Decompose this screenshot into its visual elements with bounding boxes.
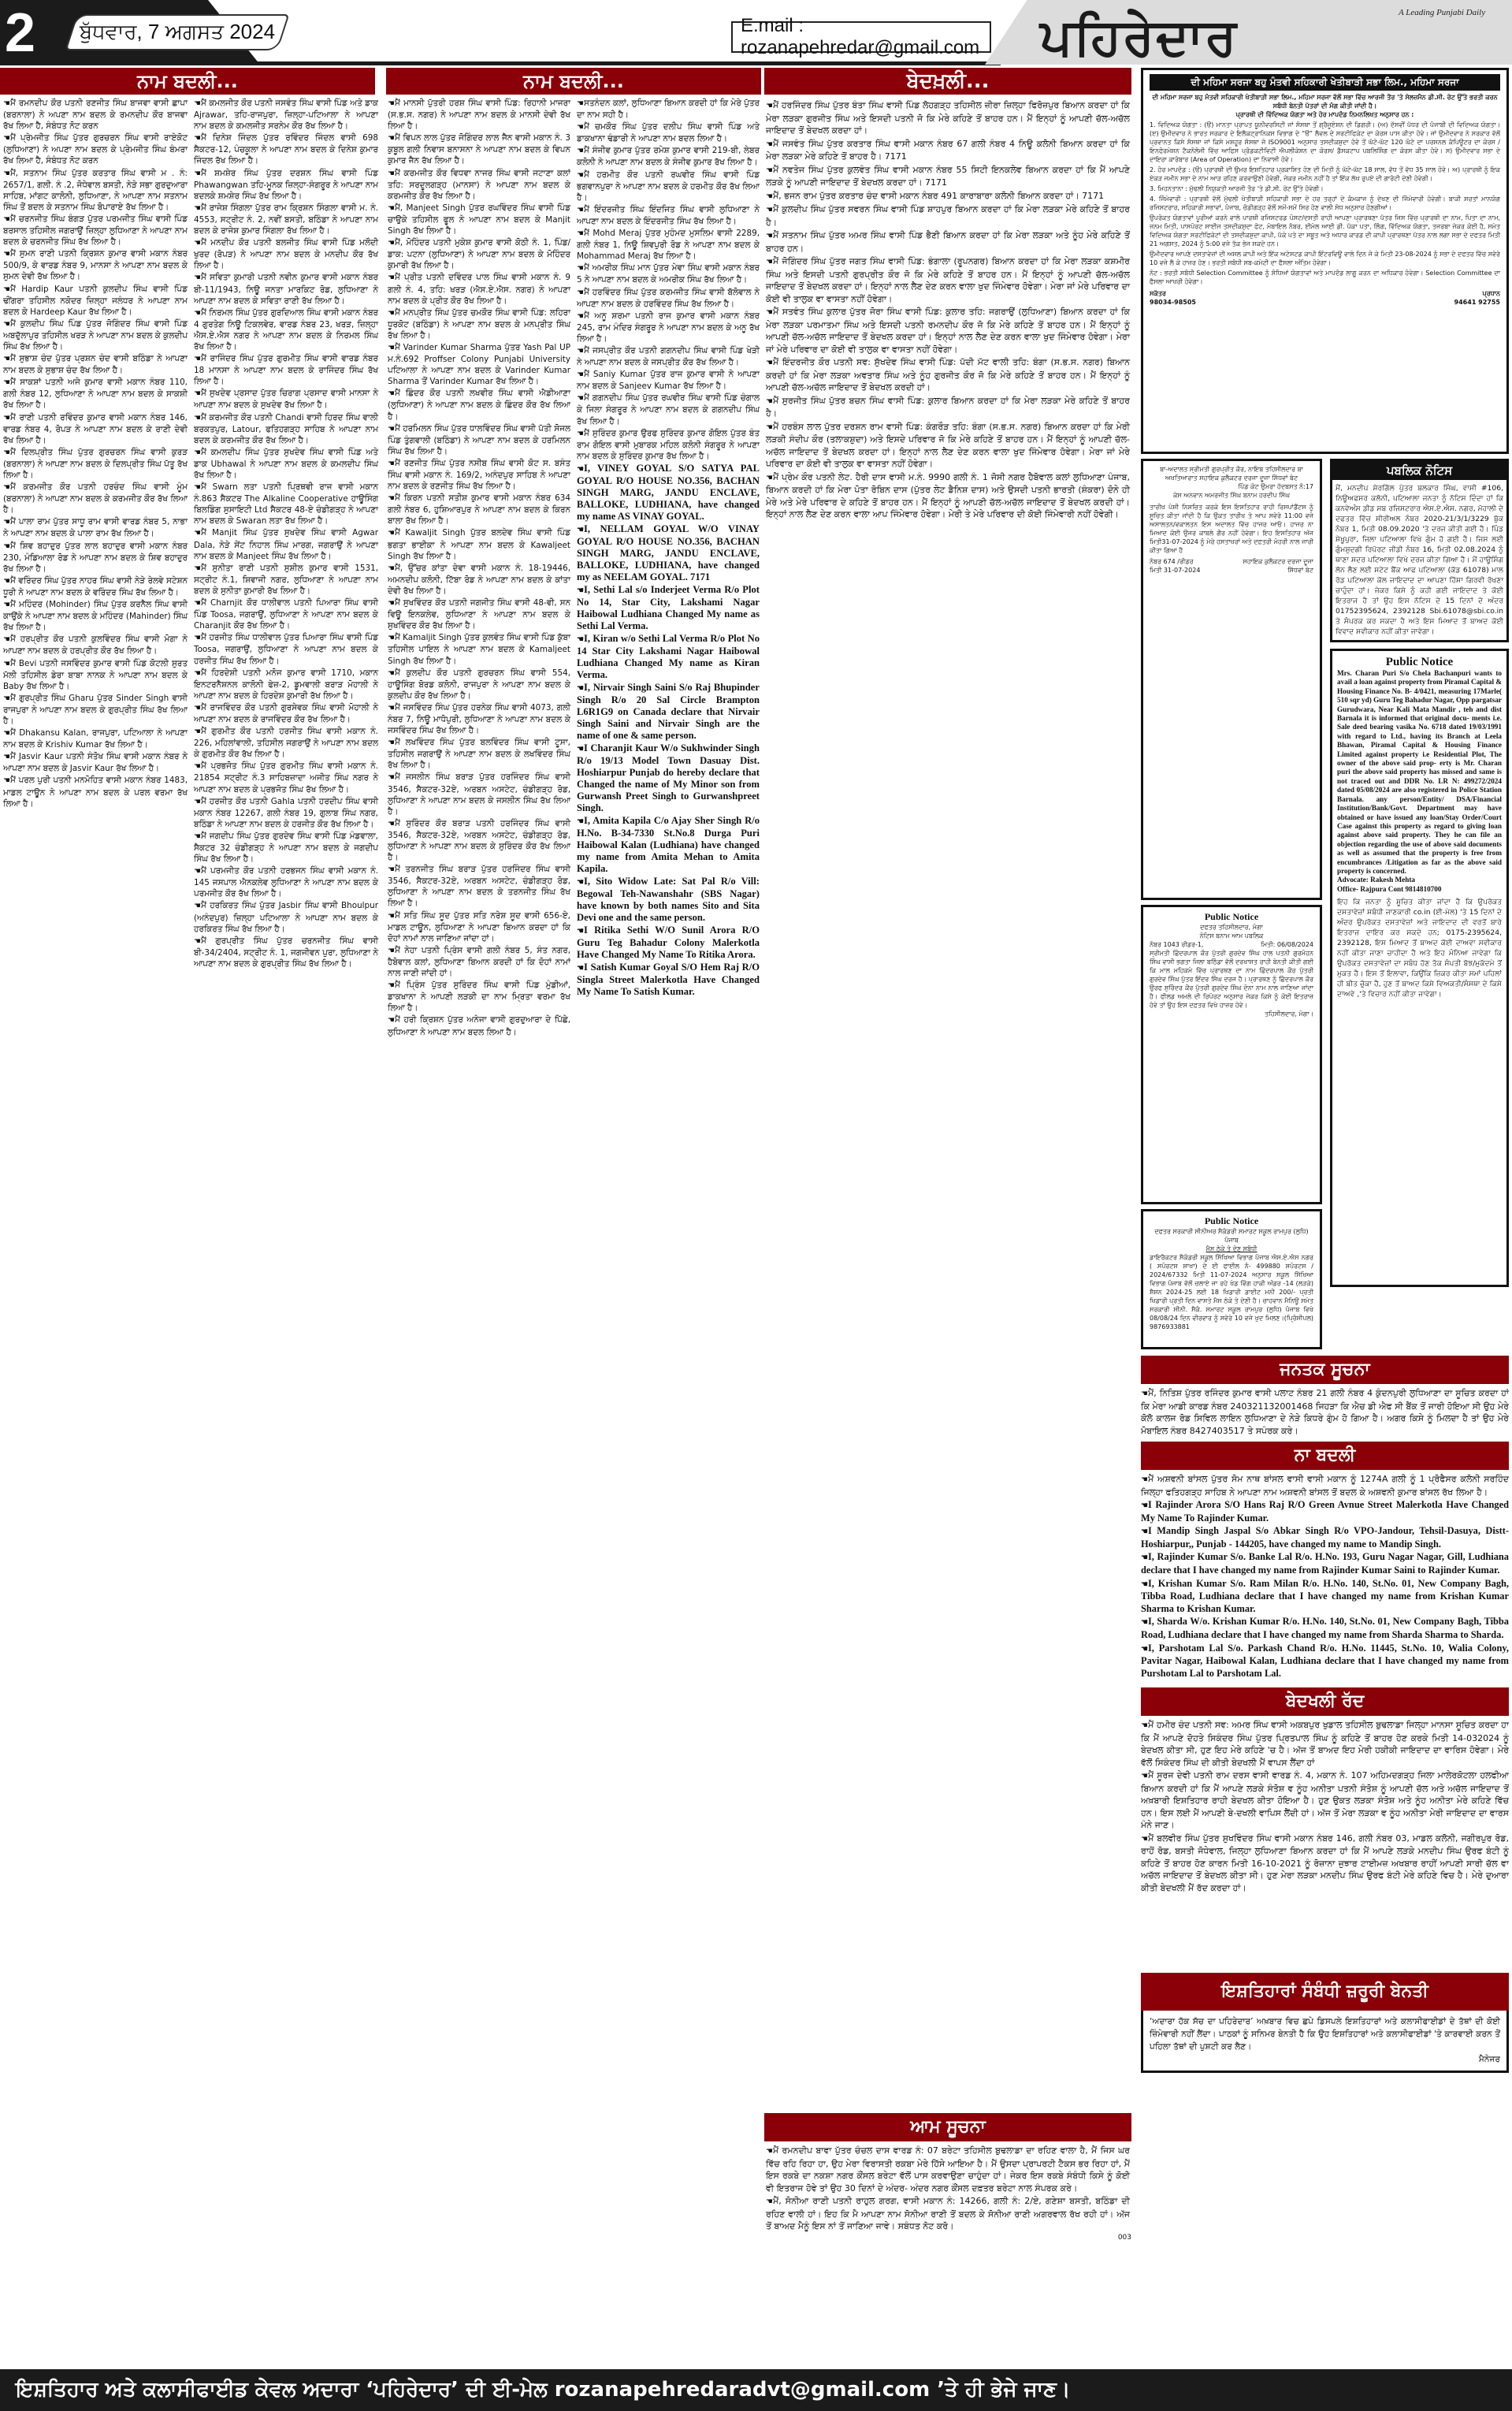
list-item: ਮੈਂ ਹਰਪ੍ਰੀਤ ਕੌਰ ਪਤਨੀ ਕੁਲਵਿੰਦਰ ਸਿੰਘ ਵਾਸੀ …	[3, 634, 188, 657]
list-item: ਮੈਂ, ਭਜਨ ਰਾਮ ਪੁੱਤਰ ਕਰਤਾਰ ਚੰਦ ਵਾਸੀ ਮਕਾਨ ਨ…	[766, 190, 1130, 203]
list-item: ਮੈਂ ਸੁਰਿੰਦਰ ਕੌਰ ਬਰਾੜ ਪਤਨੀ ਹਰਜਿੰਦਰ ਸਿੰਘ ਵ…	[388, 818, 570, 863]
list-item: ਮੈਂ ਕਰਮਜੀਤ ਕੌਰ ਪਤਨੀ ਹਰਚੰਦ ਸਿੰਘ ਵਾਸੀ ਮੂੰਮ…	[3, 482, 188, 515]
list-item: I, Kiran w/o Sethi Lal Verma R/o Plot No…	[577, 633, 760, 681]
recruitment-section: 3. ਮਿਹਨਤਾਨਾ : ਮੁੱਢਲੀ ਨਿਯੁਕਤੀ ਆਰਜੀ ਤੌਰ 'ਤ…	[1150, 184, 1500, 193]
list-item: ਮੈਂ ਜਸਲੀਨ ਸਿੰਘ ਬਰਾੜ ਪੁੱਤਰ ਹਰਜਿੰਦਰ ਸਿੰਘ ਵ…	[388, 772, 570, 817]
list-item: ਮੈਂ ਸੁਨੀਤਾ ਰਾਣੀ ਪਤਨੀ ਸੁਸ਼ੀਲ ਕੁਮਾਰ ਵਾਸੀ 1…	[194, 563, 378, 597]
na-badli-english-entries: I Rajinder Arora S/O Hans Raj R/O Green …	[1141, 1499, 1509, 1680]
school-public-notice: Public Notice ਦਫਤਰ ਸਰਕਾਰੀ ਸੀਨੀਅਰ ਸੈਕੰਡਰੀ…	[1141, 1209, 1322, 1349]
list-item: ਮੈਂ ਹਿਰਦੇਸ਼ੀ ਪਤਨੀ ਮਨੋਜ ਕੁਮਾਰ ਵਾਸੀ 1710, …	[194, 668, 378, 701]
list-item: ਮੈਂ Kawaljit Singh ਪੁੱਤਰ ਬਲਦੇਵ ਸਿੰਘ ਵਾਸੀ…	[388, 527, 570, 561]
court-case: ਕੇਸ ਅਨਵਾਨ ਅਮਰਜੀਤ ਸਿੰਘ ਬਨਾਮ ਹਰਦੀਪ ਸਿੰਘ	[1150, 491, 1313, 500]
list-item: ਮੈਂ ਅਨੂ ਸ਼ਰਮਾ ਪਤਨੀ ਰਾਜ ਕੁਮਾਰ ਵਾਸੀ ਮਕਾਨ ਨ…	[577, 311, 760, 344]
president-label: ਪ੍ਰਧਾਨ	[1454, 289, 1500, 298]
list-item: ਮੈਂ ਪਰਲ ਪੁਰੀ ਪਤਨੀ ਮਨਮੋਹਿਤ ਵਾਸੀ ਮਕਾਨ ਨੰਬਰ…	[3, 775, 188, 809]
court-notice: ਬਾ-ਅਦਾਲਤ ਸ੍ਰੀਮਤੀ ਗੁਰਪ੍ਰੀਤ ਕੌਰ, ਨਾਇਬ ਤਹਿਸ…	[1141, 459, 1322, 900]
recruitment-title: ਦੀ ਮਹਿਮਾ ਸਰਜਾ ਬਹੁ ਮੰਤਵੀ ਸਹਿਕਾਰੀ ਖੇਤੀਬਾੜੀ…	[1150, 74, 1500, 91]
court-number: ਨੰਬਰ 674 /ਰੀਡਰ	[1150, 557, 1194, 566]
list-item: ਮੈਂ ਦਿਲਪ੍ਰੀਤ ਸਿੰਘ ਪੁੱਤਰ ਗੁਰਚਰਨ ਸਿੰਘ ਵਾਸੀ…	[3, 447, 188, 481]
ad-code: 003	[764, 2234, 1131, 2242]
section-heading-aam-soochna: ਆਮ ਸੂਚਨਾ	[764, 2113, 1131, 2141]
disclaimer-box: ‘ਅਦਾਰਾ ਹੱਕ ਸੱਚ ਦਾ ਪਹਿਰੇਦਾਰ’ ਅਖ਼ਬਾਰ ਵਿਚ ਛ…	[1141, 2011, 1509, 2073]
tagline: A Leading Punjabi Daily	[1399, 8, 1485, 17]
recruitment-section: ਉਮੀਦਵਾਰ ਆਪਣੇ ਦਸਤਾਵੇਜ਼ਾਂ ਦੀ ਅਸਲ ਕਾਪੀ ਅਤੇ …	[1150, 250, 1500, 267]
list-item: ਮੈਂ, ਨਿਤਿਸ਼ ਪੁੱਤਰ ਰਜਿੰਦਰ ਕੁਮਾਰ ਵਾਸੀ ਪਲਾਟ…	[1141, 1387, 1509, 1437]
list-item: ਮੈਂ ਸਤਨਾਮ ਸਿੰਘ ਪੁੱਤਰ ਅਮਰ ਸਿੰਘ ਵਾਸੀ ਪਿੰਡ …	[766, 229, 1130, 255]
list-item: ਮੈਂ ਸਵਿਤਾ ਕੁਮਾਰੀ ਪਤਨੀ ਨਵੀਨ ਕੁਮਾਰ ਵਾਸੀ ਮਕ…	[194, 272, 378, 306]
date-pill: ਬੁੱਧਵਾਰ, 7 ਅਗਸਤ 2024	[65, 14, 290, 50]
list-item: ਮੈਂ ਦਿਨੇਸ਼ ਜਿੰਦਲ ਪੁੱਤਰ ਰਵਿੰਦਰ ਜਿੰਦਲ ਵਾਸੀ…	[194, 132, 378, 166]
list-item: ਮੈਂ ਤਰਨਜੀਤ ਸਿੰਘ ਬਰਾੜ ਪੁੱਤਰ ਹਰਜਿੰਦਰ ਸਿੰਘ …	[388, 864, 570, 909]
list-item: ਮੈਂ ਹਰਮੀਤ ਕੌਰ ਪਤਨੀ ਰਘਵੀਰ ਸਿੰਘ ਵਾਸੀ ਪਿੰਡ …	[577, 169, 760, 203]
list-item: ਮੈਂ Kamaljit Singh ਪੁੱਤਰ ਕੁਲਵੰਤ ਸਿੰਘ ਵਾਸ…	[388, 632, 570, 666]
list-item: ਮੈਂ ਰਣਜੀਤ ਸਿੰਘ ਪੁੱਤਰ ਨਸੀਬ ਸਿੰਘ ਵਾਸੀ ਕੋਟ …	[388, 458, 570, 492]
list-item: I, VINEY GOYAL S/O SATYA PAL GOYAL R/O H…	[577, 463, 760, 523]
list-item: ਮੈਂ ਨੇਹਾ ਪਤਨੀ ਪ੍ਰਿੰਸ ਵਾਸੀ ਗਲੀ ਨੰਬਰ 5, ਸੰ…	[388, 945, 570, 979]
list-item: ਮੈਂ ਜਗਦੀਪ ਸਿੰਘ ਪੁੱਤਰ ਗੁਰਦੇਵ ਸਿੰਘ ਵਾਸੀ ਪਿ…	[194, 831, 378, 865]
list-item: ਮੈਂ ਹਰਕਿਰਤ ਸਿੰਘ ਪੁੱਤਰ Jasbir ਸਿੰਘ ਵਾਸੀ B…	[194, 900, 378, 934]
list-item: I, Parshotam Lal S/o. Parkash Chand R/o.…	[1141, 1643, 1509, 1680]
list-item: ਮੈਂ Jasvir Kaur ਪਤਨੀ ਸੰਤੋਖ ਸਿੰਘ ਵਾਸੀ ਮਕਾ…	[3, 751, 188, 774]
list-item: I Charanjit Kaur W/o Sukhwinder Singh R/…	[577, 742, 760, 814]
list-item: ਮੈਂ ਅਸ਼ਵਨੀ ਬਾਂਸਲ ਪੁੱਤਰ ਸੋਮ ਨਾਥ ਬਾਂਸਲ ਵਾਸ…	[1141, 1473, 1509, 1498]
entries-right: ਮੈਂ ਕਮਲਜੀਤ ਕੌਰ ਪਤਨੀ ਜਸਵੰਤ ਸਿੰਘ ਵਾਸੀ ਪਿੰਡ…	[194, 98, 378, 2364]
list-item: ਮੈਂ ਸੁਖਦੇਵ ਪ੍ਰਸਾਦ ਪੁੱਤਰ ਚਿਰਾਗ ਪ੍ਰਸਾਦ ਵਾਸ…	[194, 388, 378, 411]
column-disinheritance: ਬੇਦਖ਼ਲੀ... ਮੈਂ ਹਰਜਿੰਦਰ ਸਿੰਘ ਪੁੱਤਰ ਬੰਤਾ ਸ…	[764, 68, 1131, 2242]
footer-text: ਇਸ਼ਤਿਹਾਰ ਅਤੇ ਕਲਾਸੀਫਾਈਡ ਕੇਵਲ ਅਦਾਰਾ ‘ਪਹਿਰੇ…	[16, 2378, 1070, 2402]
disclaimer-body: ‘ਅਦਾਰਾ ਹੱਕ ਸੱਚ ਦਾ ਪਹਿਰੇਦਾਰ’ ਅਖ਼ਬਾਰ ਵਿਚ ਛ…	[1150, 2017, 1500, 2052]
disclaimer-sign: ਮੈਨੇਜਰ	[1150, 2053, 1500, 2066]
list-item: I, Amita Kapila C/o Ajay Sher Singh R/o …	[577, 815, 760, 875]
bedakhli-radd-entries: ਮੈਂ ਹਮੀਰ ਚੰਦ ਪਤਨੀ ਸਵ: ਅਮਰ ਸਿੰਘ ਵਾਸੀ ਅਕਬਪ…	[1141, 1716, 1509, 1966]
list-item: ਮੈਂ, Manjeet Singh ਪੁੱਤਰ ਰਘਵਿੰਦਰ ਸਿੰਘ ਵਾ…	[388, 203, 570, 236]
jantak-soochna-entries: ਮੈਂ, ਨਿਤਿਸ਼ ਪੁੱਤਰ ਰਜਿੰਦਰ ਕੁਮਾਰ ਵਾਸੀ ਪਲਾਟ…	[1141, 1384, 1509, 1437]
court-sign2: ਸਿੱਧਵਾਂ ਬੇਟ	[1287, 566, 1313, 575]
public-notice-heading: ਪਬਲਿਕ ਨੋਟਿਸ	[1332, 461, 1506, 480]
list-item: ਮੈਂ ਪ੍ਰਿੰਸ ਪੁੱਤਰ ਸੁਰਿੰਦਰ ਸਿੰਘ ਵਾਸੀ ਪਿੰਡ …	[388, 980, 570, 1014]
list-item: ਮੈਂ ਨਿਰਮਲ ਸਿੰਘ ਪੁੱਤਰ ਗੁਰਦਿਆਲ ਸਿੰਘ ਵਾਸੀ ਮ…	[194, 307, 378, 352]
school-subtitle: ਮੈਸ ਠੇਕੇ ਤੇ ਦੇਣ ਸਬੰਧੀ	[1150, 1245, 1313, 1253]
list-item: ਮੈਂ ਸੰਜੀਵ ਕੁਮਾਰ ਪੁੱਤਰ ਰਮੇਸ਼ ਕੁਮਾਰ ਵਾਸੀ 2…	[577, 145, 760, 168]
list-item: ਮੈਂ ਪਾਲਾ ਰਾਮ ਪੁੱਤਰ ਸਾਧੂ ਰਾਮ ਵਾਸੀ ਵਾਰਡ ਨੰ…	[3, 516, 188, 539]
list-item: ਮੈਂ ਸੁਭਾਸ਼ ਚੰਦ ਪੁੱਤਰ ਪ੍ਰਸ਼ਨ ਚੰਦ ਵਾਸੀ ਬਠਿ…	[3, 353, 188, 376]
moga-subtitle: ਨੋਟਿਸ ਬਨਾਮ ਆਮ ਪਬਲਿਕ	[1150, 932, 1313, 940]
list-item: ਮੈਂ ਰਾਜਿੰਦਰ ਸਿੰਘ ਪੁੱਤਰ ਗੁਰਮੀਤ ਸਿੰਘ ਵਾਸੀ …	[194, 353, 378, 387]
list-item: ਮੈਂ ਵਰਿੰਦਰ ਸਿੰਘ ਪੁੱਤਰ ਨਾਹਰ ਸਿੰਘ ਵਾਸੀ ਨੇੜ…	[3, 575, 188, 598]
moga-date: ਮਿਤੀ: 06/08/2024	[1261, 940, 1313, 949]
list-item: ਮੈਂ ਗੁਰਮੀਤ ਕੌਰ ਪਤਨੀ ਹਰਜੀਤ ਸਿੰਘ ਵਾਸੀ ਮਕਾਨ…	[194, 726, 378, 760]
entries-list: ਮੈਂ ਹਰਜਿੰਦਰ ਸਿੰਘ ਪੁੱਤਰ ਬੰਤਾ ਸਿੰਘ ਵਾਸੀ ਪਿ…	[764, 95, 1131, 2108]
moga-number: ਨੰਬਰ 1043 ਰੀਡਰ-1,	[1150, 940, 1203, 949]
list-item: ਮੈਂ ਸਤਿ ਸਿੰਘ ਸੂਦ ਪੁੱਤਰ ਸਤਿ ਨਰੇਸ਼ ਸੂਦ ਵਾਸ…	[388, 910, 570, 944]
page-number: 2	[0, 0, 71, 65]
list-item: ਮੈਂ ਰਮਨਦੀਪ ਬਾਵਾ ਪੁੱਤਰ ਚੰਚਲ ਦਾਸ ਵਾਰਡ ਨੰ: …	[766, 2145, 1130, 2194]
footer-banner: ਇਸ਼ਤਿਹਾਰ ਅਤੇ ਕਲਾਸੀਫਾਈਡ ਕੇਵਲ ਅਦਾਰਾ ‘ਪਹਿਰੇ…	[0, 2369, 1512, 2411]
section-heading-disclaimer: ਇਸ਼ਤਿਹਾਰਾਂ ਸੰਬੰਧੀ ਜ਼ਰੂਰੀ ਬੇਨਤੀ	[1141, 1973, 1509, 2011]
section-heading-jantak-soochna: ਜਨਤਕ ਸੂਚਨਾ	[1141, 1356, 1509, 1384]
list-item: ਮੈਂ ਹਰਮਿਲਨ ਸਿੰਘ ਪੁੱਤਰ ਧਾਲਵਿੰਦਰ ਸਿੰਘ ਵਾਸੀ…	[388, 423, 570, 457]
moga-public-notice: Public Notice ਦਫਤਰ ਤਹਿਸੀਲਦਾਰ, ਮੋਗਾ ਨੋਟਿਸ…	[1141, 905, 1322, 1204]
list-item: I Rajinder Arora S/O Hans Raj R/O Green …	[1141, 1499, 1509, 1524]
public-notice-english: Public Notice Mrs. Charan Puri S/o Chela…	[1330, 649, 1509, 1287]
column-name-change-1: ਨਾਮ ਬਦਲੀ... ਮੈਂ ਰਮਨਦੀਪ ਕੌਰ ਪਤਨੀ ਰਣਜੀਤ ਸਿ…	[0, 68, 383, 2364]
list-item: ਮੈਂ ਪ੍ਰੀਤ ਪਤਨੀ ਦਵਿੰਦਰ ਪਾਲ ਸਿੰਘ ਵਾਸੀ ਮਕਾਨ…	[388, 272, 570, 306]
list-item: I, NELLAM GOYAL W/O VINAY GOYAL R/O HOUS…	[577, 523, 760, 583]
list-item: ਮੈਂ ਹਰਜਿੰਦਰ ਸਿੰਘ ਪੁੱਤਰ ਬੰਤਾ ਸਿੰਘ ਵਾਸੀ ਪਿ…	[766, 99, 1130, 137]
school-body: ਡਾਇਰੈਕਟਰ ਸੈਕੰਡਰੀ ਸਕੂਲ ਸਿੱਖਿਆ ਵਿਭਾਗ ਪੰਜਾਬ…	[1150, 1253, 1313, 1331]
school-office: ਦਫਤਰ ਸਰਕਾਰੀ ਸੀਨੀਅਰ ਸੈਕੰਡਰੀ ਸਮਾਰਟ ਸਕੂਲ ਰਾ…	[1150, 1227, 1313, 1245]
column-notices: ਦੀ ਮਹਿਮਾ ਸਰਜਾ ਬਹੁ ਮੰਤਵੀ ਸਹਿਕਾਰੀ ਖੇਤੀਬਾੜੀ…	[1141, 68, 1509, 2073]
list-item: ਮੈਂ ਸੁਮਨ ਰਾਣੀ ਪਤਨੀ ਕ੍ਰਿਸ਼ਨ ਕੁਮਾਰ ਵਾਸੀ ਮਕ…	[3, 248, 188, 282]
list-item: ਮੈਂ ਲਖਵਿੰਦਰ ਸਿੰਘ ਪੁੱਤਰ ਬਲਵਿੰਦਰ ਸਿੰਘ ਵਾਸੀ…	[388, 737, 570, 771]
recruitment-section: 1. ਵਿਦਿਅਕ ਯੋਗਤਾ : (ੳ) ਮਾਨਤਾ ਪ੍ਰਾਪਤ ਯੂਨੀਵ…	[1150, 121, 1500, 164]
list-item: ਮੈਂ ਪ੍ਰਭਜੋਤ ਸਿੰਘ ਪੁੱਤਰ ਗੁਰਮੀਤ ਸਿੰਘ ਵਾਸੀ …	[194, 761, 378, 794]
list-item: ਮੈਂ ਕਰਮਜੀਤ ਕੌਰ ਪਤਨੀ Chandi ਵਾਸੀ ਹਿਰਦ ਸਿੰ…	[194, 412, 378, 446]
list-item: ਮੈਂ ਰਾਣੀ ਪਤਨੀ ਰਵਿੰਦਰ ਕੁਮਾਰ ਵਾਸੀ ਮਕਾਨ ਨੰਬ…	[3, 412, 188, 446]
column-name-change-2: ਨਾਮ ਬਦਲੀ... ਮੈਂ ਮਾਨਸੀ ਪੁੱਤਰੀ ਹਰਸ਼ ਸਿੰਘ ਵ…	[386, 68, 761, 2364]
entries-left: ਮੈਂ ਮਾਨਸੀ ਪੁੱਤਰੀ ਹਰਸ਼ ਸਿੰਘ ਵਾਸੀ ਪਿੰਡ: ਰਿ…	[388, 98, 570, 2364]
list-item: ਮੈਂ ਪਰਮਜੀਤ ਕੌਰ ਪਤਨੀ ਹਰਭਜਨ ਸਿੰਘ ਵਾਸੀ ਮਕਾਨ…	[194, 865, 378, 899]
list-item: ਮੈਂ ਕੁਲਦੀਪ ਸਿੰਘ ਪੁੱਤਰ ਸਵਰਨ ਸਿੰਘ ਵਾਸੀ ਪਿੰ…	[766, 203, 1130, 229]
list-item: I, Sito Widow Late: Sat Pal R/o Vill: Be…	[577, 876, 760, 924]
list-item: ਮੈਂ ਕਰਮਜੀਤ ਕੌਰ ਵਿਧਵਾ ਨਾਜਰ ਸਿੰਘ ਵਾਸੀ ਜਟਾਣ…	[388, 168, 570, 202]
entries-wrapper: ਮੈਂ ਮਾਨਸੀ ਪੁੱਤਰੀ ਹਰਸ਼ ਸਿੰਘ ਵਾਸੀ ਪਿੰਡ: ਰਿ…	[386, 95, 761, 2364]
list-item: I, Sharda W/o. Krishan Kumar R/o. H.No. …	[1141, 1616, 1509, 1641]
advocate-office: Office- Rajpura Cont 9814810700	[1337, 885, 1502, 894]
newspaper-logo: ਪਹਿਰੇਦਾਰ	[1040, 8, 1238, 67]
list-item: ਮੈਂ ਕੁਲਦੀਪ ਕੌਰ ਪਤਨੀ ਗੁਰਚਰਨ ਸਿੰਘ ਵਾਸੀ 554…	[388, 668, 570, 701]
recruitment-intro: ਦੀ ਮਹਿਮਾ ਸਰਜਾ ਬਹੁ ਮੰਤਵੀ ਸਹਿਕਾਰੀ ਖੇਤੀਬਾੜੀ…	[1150, 93, 1500, 110]
list-item: I, Krishan Kumar S/o. Ram Milan R/o. H.N…	[1141, 1578, 1509, 1616]
public-notice-en-body: Mrs. Charan Puri S/o Chela Bachanpuri wa…	[1337, 669, 1502, 876]
list-item: ਮੈਂ Dhakansu Kalan, ਰਾਜਪੁਰਾ, ਪਟਿਆਲਾ ਨੇ ਆ…	[3, 727, 188, 750]
list-item: ਮੈਂ, ਸੋਨੀਆ ਰਾਣੀ ਪਤਨੀ ਰਾਹੁਲ ਗਰਗ, ਵਾਸੀ ਮਕਾ…	[766, 2195, 1130, 2233]
list-item: ਮੈਂ Bevi ਪਤਨੀ ਜਸਵਿੰਦਰ ਕੁਮਾਰ ਵਾਸੀ ਪਿੰਡ ਕੋ…	[3, 658, 188, 692]
list-item: ਮੈਂ ਜੋਗਿੰਦਰ ਸਿੰਘ ਪੁੱਤਰ ਜਗਤ ਸਿੰਘ ਵਾਸੀ ਪਿੰ…	[766, 255, 1130, 305]
list-item: ਮੈਂ ਗੁਰਪ੍ਰੀਤ ਸਿੰਘ Gharu ਪੁੱਤਰ Sinder Sin…	[3, 693, 188, 727]
advocate-name: Advocate: Rakesh Mehta	[1337, 876, 1502, 884]
list-item: ਮੈਂ ਗਗਨਦੀਪ ਸਿੰਘ ਪੁੱਤਰ ਰਘਵੀਰ ਸਿੰਘ ਵਾਸੀ ਪਿ…	[577, 393, 760, 426]
entries-left: ਮੈਂ ਰਮਨਦੀਪ ਕੌਰ ਪਤਨੀ ਰਣਜੀਤ ਸਿੰਘ ਬਾਜਵਾ ਵਾਸ…	[3, 98, 188, 2364]
list-item: ਮੈਂ ਚਮਕੌਰ ਸਿੰਘ ਪੁੱਤਰ ਦਲੀਪ ਸਿੰਘ ਵਾਸੀ ਪਿੰਡ…	[577, 121, 760, 144]
list-item: ਮੈਂ ਸਤਵੰਤ ਸਿੰਘ ਕੁਲਾਰ ਪੁੱਤਰ ਜੋਰਾ ਸਿੰਘ ਵਾਸ…	[766, 306, 1130, 355]
masthead-email[interactable]: E.mail : rozanapehredar@gmail.com	[731, 21, 991, 53]
recruitment-sections: 1. ਵਿਦਿਅਕ ਯੋਗਤਾ : (ੳ) ਮਾਨਤਾ ਪ੍ਰਾਪਤ ਯੂਨੀਵ…	[1150, 121, 1500, 286]
section-heading: ਨਾਮ ਬਦਲੀ...	[0, 68, 375, 95]
list-item: ਮੈਂ ਸੁਰਜੀਤ ਸਿੰਘ ਪੁੱਤਰ ਬਚਨ ਸਿੰਘ ਵਾਸੀ ਪਿੰਡ…	[766, 395, 1130, 420]
moga-sign: ਤਹਿਸੀਲਦਾਰ, ਮੋਗਾ।	[1150, 1010, 1313, 1018]
aam-soochna-entries: ਮੈਂ ਰਮਨਦੀਪ ਬਾਵਾ ਪੁੱਤਰ ਚੰਚਲ ਦਾਸ ਵਾਰਡ ਨੰ: …	[764, 2141, 1131, 2233]
recruitment-notice: ਦੀ ਮਹਿਮਾ ਸਰਜਾ ਬਹੁ ਮੰਤਵੀ ਸਹਿਕਾਰੀ ਖੇਤੀਬਾੜੀ…	[1141, 68, 1509, 454]
list-item: ਮੈਂ ਕਮਲਦੀਪ ਸਿੰਘ ਪੁੱਤਰ ਸੁਖਦੇਵ ਸਿੰਘ ਵਾਸੀ ਪ…	[194, 447, 378, 481]
section-heading: ਨਾਮ ਬਦਲੀ...	[386, 68, 761, 95]
list-item: ਮੈਂ ਕਮਲਜੀਤ ਕੌਰ ਪਤਨੀ ਜਸਵੰਤ ਸਿੰਘ ਵਾਸੀ ਪਿੰਡ…	[194, 98, 378, 132]
list-item: I, Nirvair Singh Saini S/o Raj Bhupinder…	[577, 682, 760, 742]
president-phone: 94641 92755	[1454, 298, 1500, 307]
list-item: I, Rajinder Kumar S/o. Banke Lal R/o. H.…	[1141, 1551, 1509, 1576]
list-item: ਮੈਂ ਅਮਰੀਕ ਸਿੰਘ ਮਾਨ ਪੁੱਤਰ ਮੇਵਾ ਸਿੰਘ ਵਾਸੀ …	[577, 262, 760, 285]
recruitment-section: 2. ਹੋਰ ਮਾਪਦੰਡ : (ੳ) ਪ੍ਰਾਰਥੀ ਦੀ ਉਮਰ ਇਸ਼ਤਿ…	[1150, 166, 1500, 183]
list-item: ਮੈਂ, ਸਤਨਾਮ ਸਿੰਘ ਪੁੱਤਰ ਕਰਤਾਰ ਸਿੰਘ ਵਾਸੀ ਮ …	[3, 168, 188, 213]
list-item: ਮੈਂ ਨਵਤੇਜ ਸਿੰਘ ਪੁੱਤਰ ਕੁਲਵੰਤ ਸਿੰਘ ਵਾਸੀ ਮਕ…	[766, 164, 1130, 189]
list-item: ਮੈਂ Swarn ਲਤਾ ਪਤਨੀ ਪ੍ਰਿਥਵੀ ਰਾਜ ਵਾਸੀ ਮਕਾਨ…	[194, 482, 378, 526]
recruitment-section: 4. ਜਿੰਮੇਵਾਰੀ : ਪ੍ਰਾਰਥੀ ਵੱਲੋਂ ਮੁੱਢਲੀ ਖੇਤੀ…	[1150, 195, 1500, 212]
list-item: ਮੈਂ ਚਰਨਜੀਤ ਸਿੰਘ ਬੰਗੜ ਪੁੱਤਰ ਪਰਮਜੀਤ ਸਿੰਘ ਵ…	[3, 214, 188, 247]
list-item: ਮੈਂ Hardip Kaur ਪਤਨੀ ਕੁਲਦੀਪ ਸਿੰਘ ਵਾਸੀ ਪਿ…	[3, 284, 188, 318]
moga-office: ਦਫਤਰ ਤਹਿਸੀਲਦਾਰ, ਮੋਗਾ	[1150, 923, 1313, 932]
list-item: ਮੈਂ ਸ਼ਿਵ ਬਹਾਦੁਰ ਪੁੱਤਰ ਲਾਲ ਬਹਾਦੁਰ ਵਾਸੀ ਮਕ…	[3, 541, 188, 575]
list-item: ਮੈਂ ਜਸਵਿੰਦਰ ਸਿੰਘ ਪੁੱਤਰ ਹਰਨੇਕ ਸਿੰਘ ਵਾਸੀ 4…	[388, 702, 570, 736]
na-badli-punjabi-entries: ਮੈਂ ਅਸ਼ਵਨੀ ਬਾਂਸਲ ਪੁੱਤਰ ਸੋਮ ਨਾਥ ਬਾਂਸਲ ਵਾਸ…	[1141, 1470, 1509, 1498]
list-item: ਮੈਂ ਮਾਨਸੀ ਪੁੱਤਰੀ ਹਰਸ਼ ਸਿੰਘ ਵਾਸੀ ਪਿੰਡ: ਰਿ…	[388, 98, 570, 132]
list-item: ਮੈਂ, ਉੱਚਰ ਕਾਂਤਾ ਦੇਵਾ ਵਾਸੀ ਮਕਾਨ ਨੰ. 18-19…	[388, 563, 570, 597]
section-heading: ਬੇਦਖ਼ਲੀ...	[764, 68, 1131, 95]
court-header: ਬਾ-ਅਦਾਲਤ ਸ੍ਰੀਮਤੀ ਗੁਰਪ੍ਰੀਤ ਕੌਰ, ਨਾਇਬ ਤਹਿਸ…	[1150, 465, 1313, 482]
list-item: ਮੈਂ ਹਰਜੀਤ ਸਿੰਘ ਧਾਲੀਵਾਲ ਪੁੱਤਰ ਪਿਆਰਾ ਸਿੰਘ …	[194, 632, 378, 666]
entries-wrapper: ਮੈਂ ਰਮਨਦੀਪ ਕੌਰ ਪਤਨੀ ਰਣਜੀਤ ਸਿੰਘ ਬਾਜਵਾ ਵਾਸ…	[0, 95, 383, 2364]
list-item: ਮੈਂ ਜਸਵੰਤ ਸਿੰਘ ਪੁੱਤਰ ਕਰਤਾਰ ਸਿੰਘ ਵਾਸੀ ਮਕਾ…	[766, 138, 1130, 163]
recruitment-section: ਉਪਰੋਕਤ ਯੋਗਤਾਵਾਂ ਪੂਰੀਆਂ ਕਰਨੇ ਵਾਲੇ ਪਾਰਥੀ ਰ…	[1150, 214, 1500, 248]
list-item: ਮੈਂ ਇੰਦਰਜੀਤ ਕੌਰ ਪਤਨੀ ਸਵ: ਸੁੱਖਦੇਵ ਸਿੰਘ ਵਾ…	[766, 356, 1130, 394]
list-item: ਮੈਂ ਮਨਦੀਪ ਕੌਰ ਪਤਨੀ ਬਲਜੀਤ ਸਿੰਘ ਵਾਸੀ ਪਿੰਡ …	[194, 237, 378, 271]
recruitment-subtitle: ਪ੍ਰਾਰਥੀ ਦੀ ਵਿੱਦਿਅਕ ਯੋਗਤਾ ਅਤੇ ਹੋਰ ਮਾਪਦੰਡ …	[1150, 110, 1500, 119]
list-item: I Mandip Singh Jaspal S/o Abkar Singh R/…	[1141, 1525, 1509, 1550]
court-body: ਤਾਰੀਖ ਪੇਸ਼ੀ ਨਿਸ਼ਚਿਤ ਕਰਕੇ ਇਸ ਇਸ਼ਤਿਹਾਰ ਰਾਹ…	[1150, 503, 1313, 555]
list-item: ਮੈਂ ਹਰਜੀਤ ਕੌਰ ਪਤਨੀ Gahla ਪਤਨੀ ਹਰਦੀਪ ਸਿੰਘ…	[194, 796, 378, 830]
list-item: ਮੈਂ ਰਾਜਵਿੰਦਰ ਕੌਰ ਪਤਨੀ ਗੁਰਸੇਵਕ ਸਿੰਘ ਵਾਸੀ …	[194, 702, 378, 725]
public-notice-punjabi: ਪਬਲਿਕ ਨੋਟਿਸ ਮੈਂ, ਮਨਦੀਪ ਸ਼ੇਰਗਿੱਲ ਪੁੱਤਰ ਬਲ…	[1330, 459, 1509, 642]
list-item: ਮੈਂ, ਮੋਹਿੰਦਰ ਪਤਨੀ ਮੁਕੇਸ਼ ਕੁਮਾਰ ਵਾਸੀ ਕੋਠੀ…	[388, 237, 570, 271]
list-item: I, Sethi Lal s/o Inderjeet Verma R/o Plo…	[577, 584, 760, 632]
list-item: ਮੈਂ Mohd Meraj ਪੁੱਤਰ ਮੁਹੰਮਦ ਮੁਸਲਿਮ ਵਾਸੀ …	[577, 228, 760, 262]
entries-right: ਸਤਨੰਦਨ ਕਲਾਂ, ਲੁਧਿਆਣਾ ਬਿਆਨ ਕਰਦੀ ਹਾਂ ਕਿ ਮੇ…	[577, 98, 760, 2364]
list-item: ਮੈਂ ਇੰਦਰਜੀਤ ਸਿੰਘ ਇੰਦਜਿਤ ਸਿੰਘ ਵਾਸੀ ਲੁਧਿਆਣ…	[577, 204, 760, 227]
list-item: ਮੈਂ ਸੁਖਵਿੰਦਰ ਕੌਰ ਪਤਨੀ ਜਗਜੀਤ ਸਿੰਘ ਵਾਸੀ 48…	[388, 597, 570, 631]
list-item: ਮੈਂ ਰਾਜੇਸ਼ ਸਿੰਗਲਾ ਪੁੱਤਰ ਰਾਮ ਕ੍ਰਿਸ਼ਨ ਸਿੰਗ…	[194, 203, 378, 236]
section-heading-bedakhli-radd: ਬੇਦਖਲੀ ਰੱਦ	[1141, 1687, 1509, 1716]
list-item: ਮੈਂ ਸੂਰਜ ਦੇਵੀ ਪਤਨੀ ਰਾਮ ਦਰਸ ਵਾਸੀ ਵਾਰਡ ਨੰ.…	[1141, 1769, 1509, 1832]
court-village: ਪਿੰਡ ਕੋਟ ਉਮਰਾ ਹੱਦਬਸਤ ਨੰ:17	[1150, 482, 1313, 491]
list-item: ਮੈਂ ਹਰਬੰਸ ਲਾਲ ਪੁੱਤਰ ਦਰਸ਼ਨ ਰਾਮ ਵਾਸੀ ਪਿੰਡ:…	[766, 421, 1130, 471]
list-item: ਮੈਂ ਵਿਪਨ ਲਾਲ ਪੁੱਤਰ ਜੋਗਿੰਦਰ ਲਾਲ ਜੈਨ ਵਾਸੀ …	[388, 132, 570, 166]
masthead: 2 ਬੁੱਧਵਾਰ, 7 ਅਗਸਤ 2024 E.mail : rozanape…	[0, 0, 1512, 65]
list-item: ਮੈਂ ਜਸਪ੍ਰੀਤ ਕੌਰ ਪਤਨੀ ਗਗਨਦੀਪ ਸਿੰਘ ਵਾਸੀ ਪਿ…	[577, 345, 760, 368]
list-item: I Ritika Sethi W/O Sunil Arora R/O Guru …	[577, 925, 760, 961]
list-item: ਮੈਂ ਪ੍ਰੇਮਜੀਤ ਸਿੰਘ ਪੁੱਤਰ ਗੁਰਚਰਨ ਸਿੰਘ ਵਾਸੀ…	[3, 132, 188, 166]
list-item: ਮੈਂ Varinder Kumar Sharma ਪੁੱਤਰ Yash Pal…	[388, 342, 570, 387]
secretary-label: ਸਕੱਤਰ	[1150, 289, 1196, 298]
court-sign1: ਸਹਾਇਕ ਕੁਲੈਕਟਰ ਦਰਜਾ ਦੂਜਾ	[1243, 557, 1313, 566]
list-item: ਮੈਂ ਗੁਰਪ੍ਰੀਤ ਸਿੰਘ ਪੁੱਤਰ ਚਰਨਜੀਤ ਸਿੰਘ ਵਾਸੀ…	[194, 936, 378, 969]
secretary-phone: 98034-98505	[1150, 298, 1196, 307]
list-item: ਮੈਂ ਛਿੰਦਰ ਕੌਰ ਪਤਨੀ ਲਖਵੀਰ ਸਿੰਘ ਵਾਸੀ ਐਡੀਆਣ…	[388, 388, 570, 422]
list-item: ਮੈਂ ਮਨਪ੍ਰੀਤ ਸਿੰਘ ਪੁੱਤਰ ਚਮਕੌਰ ਸਿੰਘ ਵਾਸੀ ਪ…	[388, 307, 570, 341]
public-notice-body: ਮੈਂ, ਮਨਦੀਪ ਸ਼ੇਰਗਿੱਲ ਪੁੱਤਰ ਬਲਕਾਰ ਸਿੰਘ, ਵਾ…	[1332, 480, 1506, 640]
list-item: ਮੈਂ ਸਾਕਸ਼ਾਂ ਪਤਨੀ ਅਜੇ ਕੁਮਾਰ ਵਾਸੀ ਮਕਾਨ ਨੰਬ…	[3, 377, 188, 411]
section-heading-na-badli: ਨਾ ਬਦਲੀ	[1141, 1442, 1509, 1470]
public-notice-en-title: Public Notice	[1337, 656, 1502, 669]
list-item: ਮੈਂ Charnjit ਕੌਰ ਧਾਲੀਵਾਲ ਪਤਨੀ ਪਿਆਰਾ ਸਿੰਘ…	[194, 597, 378, 631]
list-item: ਮੈਂ Saniy Kumar ਪੁੱਤਰ ਰਾਜ ਕੁਮਾਰ ਵਾਸੀ ਨੇ …	[577, 369, 760, 392]
court-date: ਮਿਤੀ 31-07-2024	[1150, 566, 1200, 575]
list-item: ਮੈਂ ਪ੍ਰੇਮ ਕੌਰ ਪਤਨੀ ਲੇਟ. ਹੈਰੀ ਦਾਸ ਵਾਸੀ ਮ.…	[766, 471, 1130, 521]
list-item: I Satish Kumar Goyal S/O Hem Raj R/O Sin…	[577, 962, 760, 998]
list-item: ਮੈਂ ਕੁਲਦੀਪ ਸਿੰਘ ਪਿੰਡ ਪੁੱਤਰ ਜੋਗਿੰਦਰ ਸਿੰਘ …	[3, 318, 188, 352]
list-item: ਮੈਂ ਰਮਨਦੀਪ ਕੌਰ ਪਤਨੀ ਰਣਜੀਤ ਸਿੰਘ ਬਾਜਵਾ ਵਾਸ…	[3, 98, 188, 132]
list-item: ਸਤਨੰਦਨ ਕਲਾਂ, ਲੁਧਿਆਣਾ ਬਿਆਨ ਕਰਦੀ ਹਾਂ ਕਿ ਮੇ…	[577, 98, 760, 121]
masthead-rule	[0, 61, 1001, 65]
list-item: ਮੈਂ ਸ਼ਮਸ਼ੇਰ ਸਿੰਘ ਪੁੱਤਰ ਦਰਸ਼ਨ ਸਿੰਘ ਵਾਸੀ ਪ…	[194, 168, 378, 202]
school-title: Public Notice	[1150, 1215, 1313, 1227]
list-item: ਮੈਂ ਬਲਵੀਰ ਸਿੰਘ ਪੁੱਤਰ ਸੁਖਵਿੰਦਰ ਸਿੰਘ ਵਾਸੀ …	[1141, 1832, 1509, 1895]
list-item: ਮੈਂ ਹਰੀ ਕ੍ਰਿਸ਼ਨ ਪੁੱਤਰ ਅਨੇਜਾ ਵਾਸੀ ਗੁਰਦੁਆਰ…	[388, 1014, 570, 1037]
list-item: ਮੈਂ ਹਮੀਰ ਚੰਦ ਪਤਨੀ ਸਵ: ਅਮਰ ਸਿੰਘ ਵਾਸੀ ਅਕਬਪ…	[1141, 1719, 1509, 1769]
list-item: ਮੈਂ ਹਰਵਿੰਦਰ ਸਿੰਘ ਪੁੱਤਰ ਕਰਮਜੀਤ ਸਿੰਘ ਵਾਸੀ …	[577, 287, 760, 310]
list-item: ਮੈਂ Manjit ਸਿੰਘ ਪੁੱਤਰ ਸੁਖਦੇਵ ਸਿੰਘ ਵਾਸੀ A…	[194, 527, 378, 561]
entries-right-punjabi: ਸਤਨੰਦਨ ਕਲਾਂ, ਲੁਧਿਆਣਾ ਬਿਆਨ ਕਰਦੀ ਹਾਂ ਕਿ ਮੇ…	[577, 98, 760, 462]
list-item: ਮੈਂ ਸੁਰਿੰਦਰ ਕੁਮਾਰ ਉਰਫ ਸੁਰਿੰਦਰ ਕੁਮਾਰ ਗੋਇਲ…	[577, 428, 760, 462]
issue-date: ਬੁੱਧਵਾਰ, 7 ਅਗਸਤ 2024	[80, 20, 275, 45]
entries-right-english: I, VINEY GOYAL S/O SATYA PAL GOYAL R/O H…	[577, 463, 760, 998]
list-item: ਮੈਂ ਮਹਿੰਦਰ (Mohinder) ਸਿੰਘ ਪੁੱਤਰ ਕਰਨੈਲ ਸ…	[3, 599, 188, 633]
public-notice-pa2-body: ਇਹ ਕਿ ਜਨਤਾ ਨੂੰ ਸੂਚਿਤ ਕੀਤਾ ਜਾਂਦਾ ਹੈ ਕਿ ਉਪ…	[1337, 894, 1502, 999]
list-item: ਮੈਂ ਕਿਰਨ ਪਤਨੀ ਸਤੀਸ਼ ਕੁਮਾਰ ਵਾਸੀ ਮਕਾਨ ਨੰਬਰ…	[388, 493, 570, 526]
moga-title: Public Notice	[1150, 911, 1313, 923]
moga-body: ਸ੍ਰੀਮਤੀ ਛਿੰਦਰਪਾਲ ਕੌਰ ਪੁੱਤਰੀ ਗੁਰਦੇਵ ਸਿੰਘ …	[1150, 949, 1313, 1010]
recruitment-section: ਨੋਟ : ਭਰਤੀ ਸਬੰਧੀ Selection Committee ਨੂੰ…	[1150, 269, 1500, 286]
